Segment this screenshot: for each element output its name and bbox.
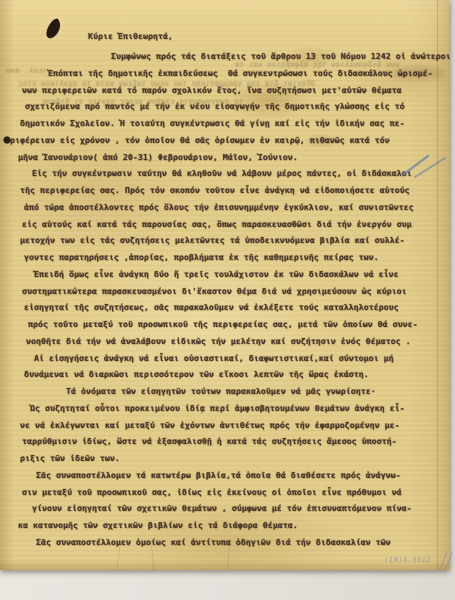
typed-line: δυνάμεναι νά διαρκῶσι περισσότερον τῶν ε… [24, 369, 369, 380]
typed-line: μῆνα Ἰανουάριον( ἀπό 20-31) Φεβρουάριον,… [18, 152, 298, 163]
salutation: Κύριε Ἐπιθεωρητά, [88, 31, 173, 42]
typed-line: εἰς αὐτούς καί κατά τάς παρουσίας σας, ὅ… [22, 219, 412, 230]
typed-line: νε νά ἐκλέγωνται καί μεταξύ τῶν ἐχόντων … [20, 420, 400, 431]
document-page: Κύριε Ἐπιθεωρητά, Συμφώνως πρός τάς διατ… [0, 0, 449, 570]
typed-line: ριξις τῶν ἰδεῶν των. [20, 453, 120, 464]
typed-line: Σᾶς συναποστέλλομεν ὁμοίως καί ἀντίτυπα … [36, 537, 391, 548]
typed-line: Σᾶς συναποστέλλομεν τά κατωτέρω βιβλία,τ… [36, 470, 401, 481]
ink-transfer-ghost-line: νων διδασκαλιαν της αλφαβητου και τα [235, 60, 400, 69]
typed-line: ἀπό τώρα ἀποστέλλοντες πρός ὅλους τήν ἐπ… [24, 202, 414, 213]
typed-line: δημοτικόν Σχολεῖον. Ἡ τοιαύτη συγκέντρωσ… [20, 118, 405, 129]
typed-line: Εἰς τήν συγκέντρωσιν ταύτην θά κληθοῦν ν… [32, 168, 412, 179]
ink-transfer-ghost-line: τα αναγνωσματα ελαβον μερος παντες οι δι… [42, 97, 243, 106]
typed-line: γοντες παρατηρήσεις ,ἀπορίας, προβλήματα… [24, 252, 379, 263]
typed-line: ριφέρειαν εἰς χρόνον , τόν ὁποῖον θά σᾶς… [10, 135, 390, 146]
typed-line: Ἐπειδή ὅμως εἶνε ἀνάγκη δύο ἤ τρεῖς τουλ… [34, 269, 399, 280]
paper-fold-line [437, 0, 438, 570]
typed-line: ταρρύθμισιν ἰδίως, ὥστε νά ἐξασφαλισθῇ ἡ… [22, 436, 397, 447]
typed-line: Αἱ εἰσηγήσεις ἀνάγκη νά εἶναι οὐσιαστικα… [34, 353, 394, 364]
corner-pencil-tick [436, 550, 454, 572]
typed-line: κα κατανομῆς τῶν σχετικῶν βιβλίων εἰς τά… [18, 520, 298, 531]
ink-stain [45, 17, 63, 41]
archival-number: (19)3.5512 [383, 556, 431, 564]
ink-transfer-ghost-line: -ιεολ. ανω [6, 66, 52, 75]
typed-line: πρός τοῦτο μεταξύ τοῦ προσωπικοῦ τῆς περ… [28, 319, 418, 330]
typed-line: συστηματικώτερα παρασκευασμένοι δι'ἕκαστ… [22, 286, 407, 297]
typed-line: τῆς περιφερείας σας. Πρός τόν σκοπόν τοῦ… [20, 185, 410, 196]
blue-check-mark [400, 151, 452, 179]
typed-line: εἰσηγηταί τῆς συζητήσεως, σᾶς παρακαλοῦμ… [24, 302, 399, 313]
typed-line: Τά ὀνόματα τῶν εἰσηγητῶν τούτων παρακαλο… [66, 386, 376, 397]
typed-line: γίνουν εἰσηγηταί τῶν σχετικῶν θεμάτων , … [32, 503, 412, 514]
typed-line: Ὡς συζητηταί οὗτοι προκειμένου ἰδίᾳ περί… [30, 403, 405, 414]
typed-line: Ἐπόπται τῆς δημοτικῆς ἐκπαιδεύσεως θά συ… [48, 68, 433, 79]
typed-line: νοηθῆτε διά τήν νά ἀναλάβουν εἰδικῶς τήν… [26, 336, 411, 347]
ink-transfer-ghost-line: Οδηγιαι δια την γραμματικην των νεων ταξ… [18, 79, 315, 88]
scan-background: Κύριε Ἐπιθεωρητά, Συμφώνως πρός τάς διατ… [0, 0, 455, 600]
typed-line: μετοχήν των εἰς τάς συζητήσεις μελετῶντε… [20, 235, 405, 246]
typed-line: σιν μεταξύ τοῦ προσωπικοῦ σας, ἰδίως εἰς… [22, 487, 402, 498]
